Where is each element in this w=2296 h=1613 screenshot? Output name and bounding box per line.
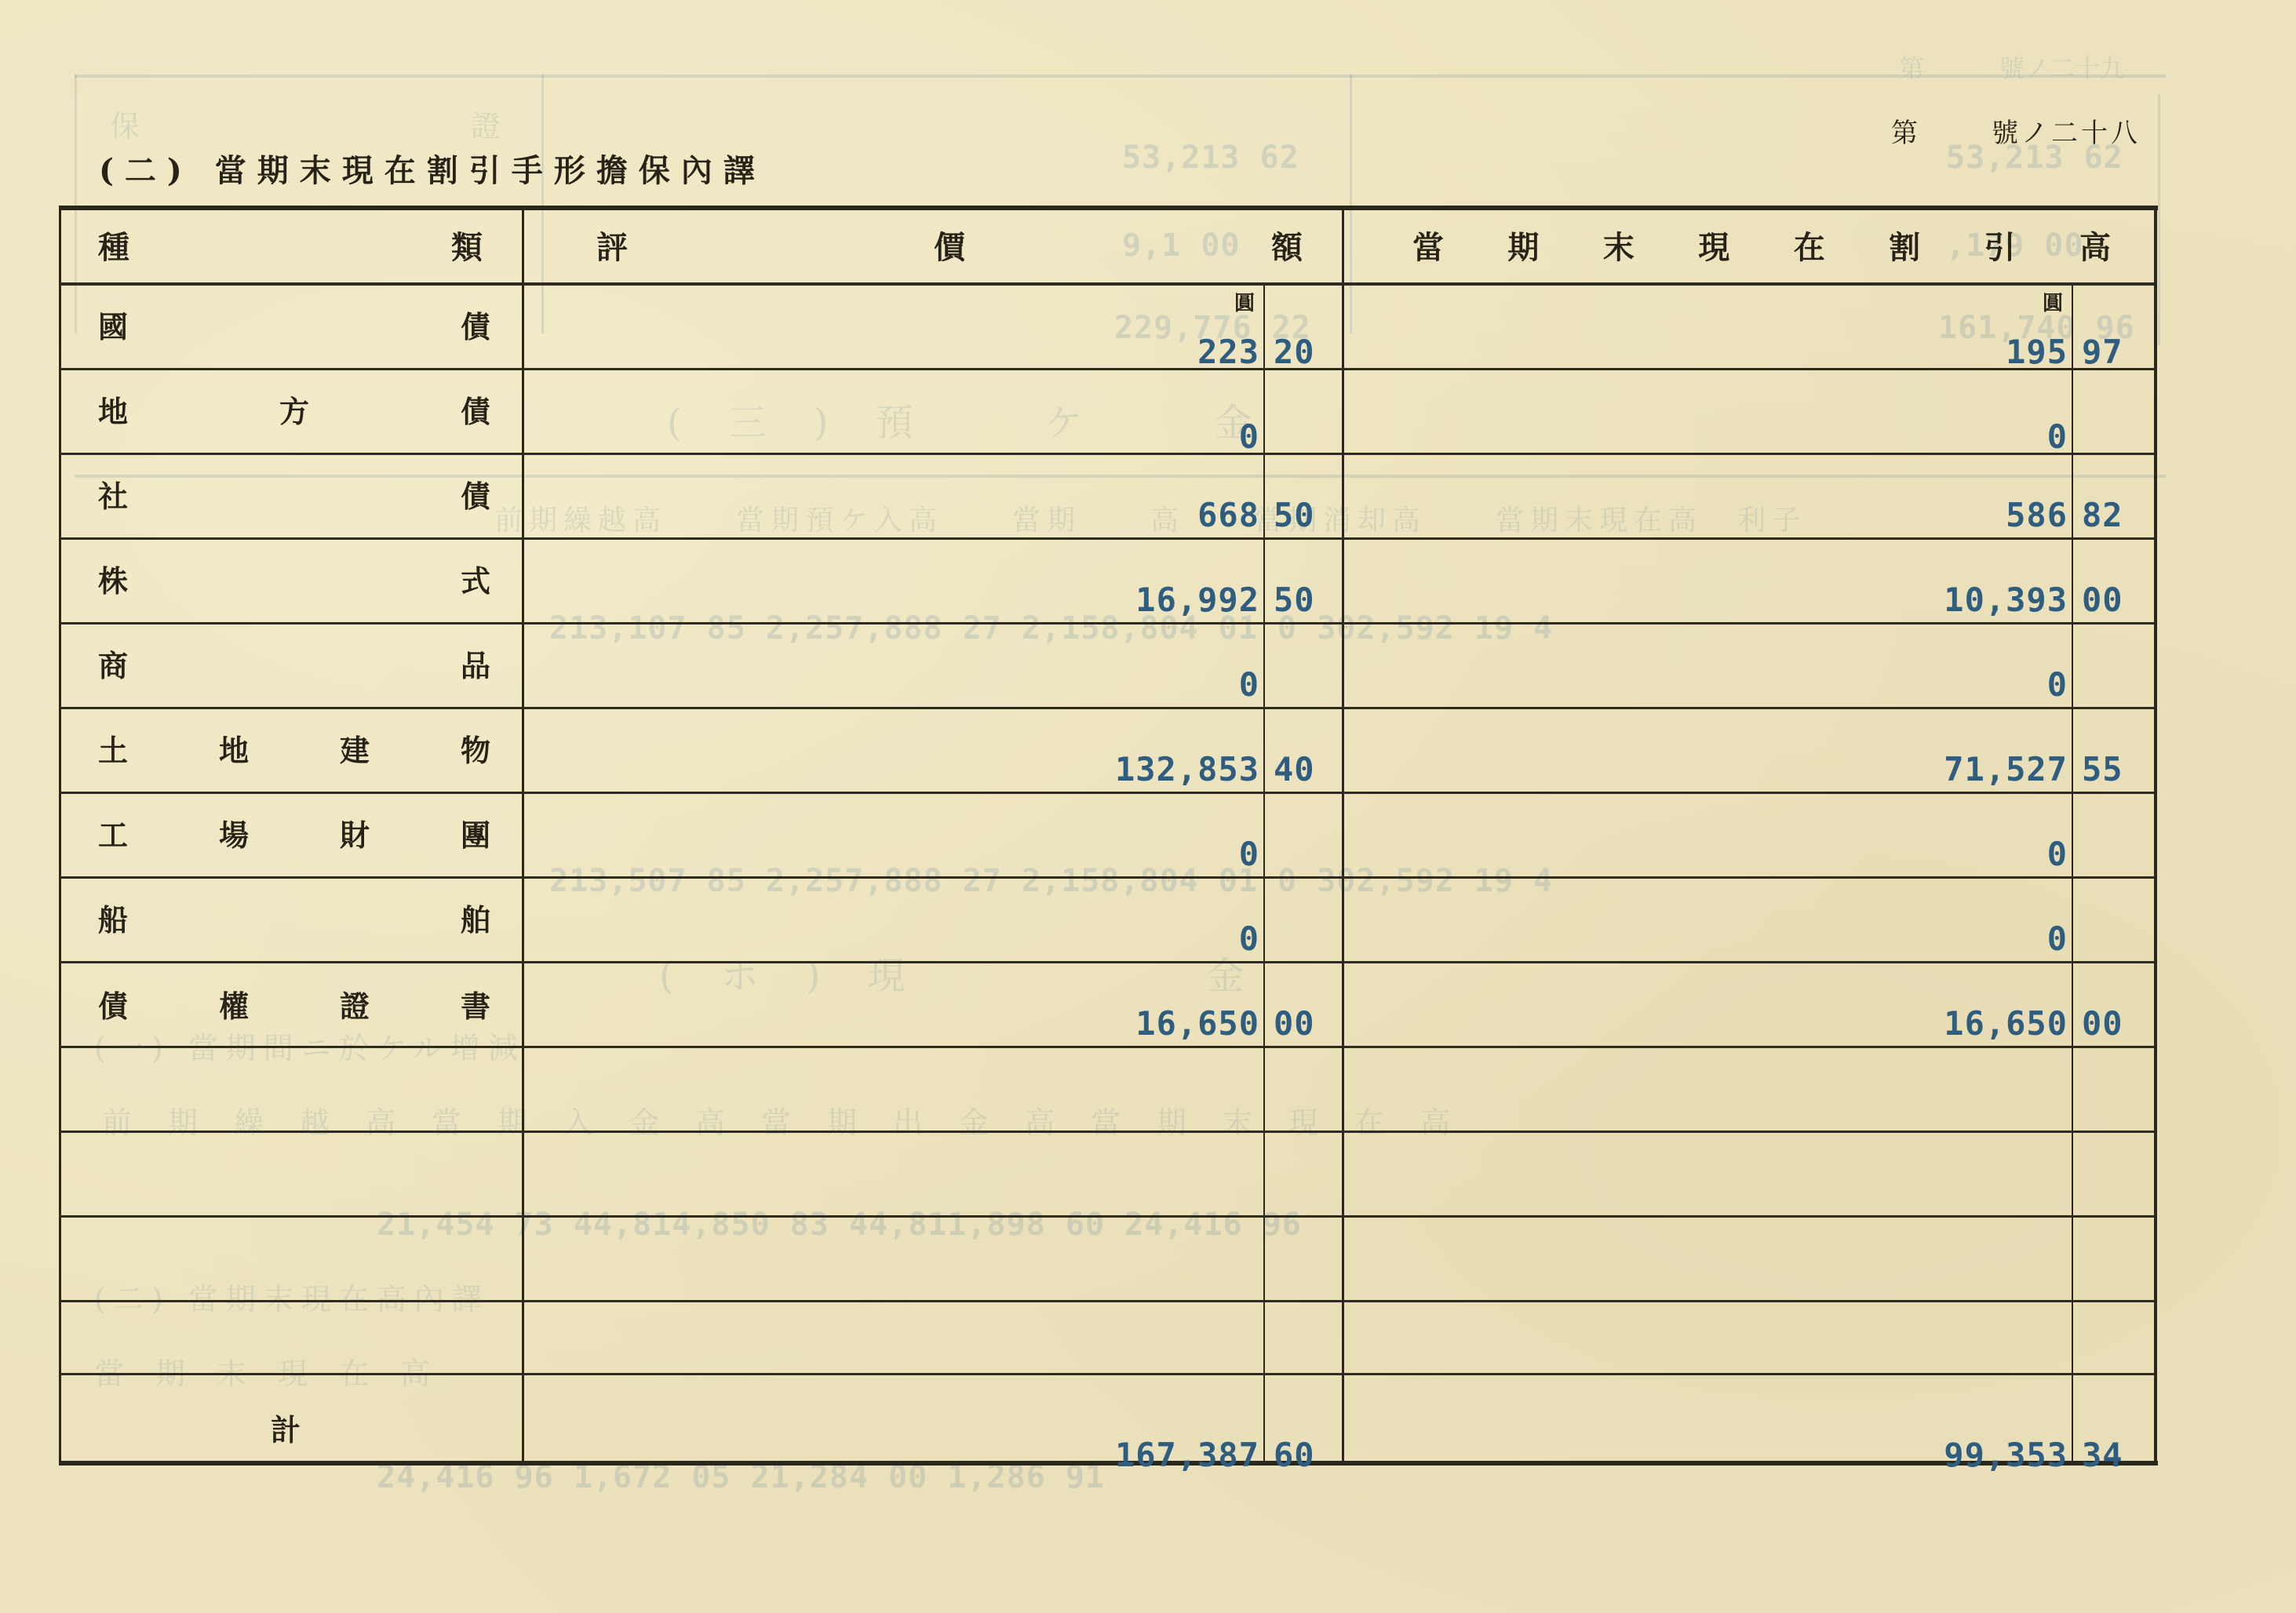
- label-char: 權: [219, 982, 249, 1025]
- valuation-yen: 16,650: [1135, 1004, 1259, 1043]
- blank-row-rule: [59, 1373, 2154, 1375]
- valuation-yen: 0: [1239, 835, 1259, 873]
- col-divider-discount-sen: [2072, 284, 2073, 1461]
- valuation-sen: 50: [1274, 496, 1315, 534]
- top-rule: [59, 206, 2158, 210]
- section-title: (二) 當期末現在割引手形擔保內譯: [99, 146, 766, 191]
- collateral-breakdown-table: 種 類 評 價 額 當 期 末 現 在 割 引 高 圓 圓 國債 223 20 …: [59, 206, 2158, 1467]
- blank-row-rule: [59, 1215, 2154, 1218]
- col-divider-valuation-sen: [1263, 284, 1265, 1461]
- label-char: 債: [461, 472, 490, 515]
- col-divider-main: [1342, 206, 1344, 1466]
- row-label-total: 計: [271, 1406, 301, 1449]
- label-char: 地: [98, 388, 128, 431]
- label-char: 品: [461, 642, 490, 685]
- valuation-sen: 40: [1274, 750, 1315, 788]
- header-char: 末: [1603, 223, 1635, 268]
- row-rule: [59, 368, 2154, 370]
- header-char: 在: [1794, 223, 1825, 268]
- label-char: 株: [98, 557, 128, 600]
- row-rule: [59, 622, 2154, 624]
- header-char: 評: [596, 223, 628, 268]
- header-char: 期: [1507, 223, 1539, 268]
- valuation-sen: 50: [1274, 581, 1315, 619]
- row-label-debt-certificates: 債權證書: [98, 982, 490, 1025]
- label-char: 證: [340, 982, 370, 1025]
- row-label-national-bonds: 國債: [98, 303, 490, 346]
- discount-sen: 82: [2082, 496, 2123, 534]
- valuation-yen: 132,853: [1115, 750, 1259, 788]
- label-char: 債: [461, 388, 490, 431]
- discount-sen: 55: [2082, 750, 2123, 788]
- header-char: 割: [1889, 223, 1920, 268]
- header-char: 額: [1271, 223, 1303, 268]
- page-number-suffix: 號ノ二十八: [1992, 118, 2141, 149]
- discount-yen: 195: [2006, 333, 2068, 371]
- label-char: 式: [461, 557, 490, 600]
- left-border: [59, 206, 61, 1466]
- header-valuation: 評 價 額: [596, 223, 1303, 268]
- header-char: 價: [934, 223, 965, 268]
- header-rule: [59, 282, 2154, 286]
- label-char: 債: [461, 303, 490, 346]
- discount-sen: 00: [2082, 581, 2123, 619]
- label-char: 物: [461, 726, 490, 770]
- discount-yen: 71,527: [1944, 750, 2068, 788]
- valuation-sen: 00: [1274, 1004, 1315, 1043]
- label-char: 地: [219, 726, 249, 770]
- row-rule: [59, 537, 2154, 540]
- header-char: 高: [2079, 223, 2111, 268]
- label-char: 財: [340, 811, 370, 854]
- row-label-stocks: 株式: [98, 557, 490, 600]
- discount-yen: 10,393: [1944, 581, 2068, 619]
- valuation-yen: 223: [1197, 333, 1259, 371]
- row-label-factory-foundation: 工場財團: [98, 811, 490, 854]
- col-divider-type: [522, 206, 524, 1466]
- blank-row-rule: [59, 1300, 2154, 1302]
- discount-yen: 0: [2047, 665, 2068, 704]
- valuation-yen: 668: [1197, 496, 1259, 534]
- header-char: 類: [451, 223, 483, 268]
- header-char: 現: [1698, 223, 1729, 268]
- page-number-prefix: 第: [1891, 118, 1921, 149]
- label-char: 建: [340, 726, 370, 770]
- row-rule: [59, 792, 2154, 794]
- label-char: 土: [98, 726, 128, 770]
- discount-yen: 586: [2006, 496, 2068, 534]
- total-valuation-sen: 60: [1274, 1436, 1315, 1474]
- label-char: 國: [98, 303, 128, 346]
- valuation-yen: 0: [1239, 665, 1259, 704]
- header-char: 引: [1984, 223, 2016, 268]
- total-discount-yen: 99,353: [1944, 1436, 2068, 1474]
- row-rule: [59, 707, 2154, 709]
- page-number: 第號ノ二十八: [1891, 111, 2141, 150]
- label-char: 商: [98, 642, 128, 685]
- unit-yen-valuation: 圓: [1234, 287, 1255, 316]
- label-char: 書: [461, 982, 490, 1025]
- label-char: 債: [98, 982, 128, 1025]
- bottom-rule: [59, 1461, 2158, 1466]
- label-char: 舶: [461, 896, 490, 939]
- discount-sen: 00: [2082, 1004, 2123, 1043]
- row-rule: [59, 1046, 2154, 1048]
- row-label-merchandise: 商品: [98, 642, 490, 685]
- total-valuation-yen: 167,387: [1115, 1436, 1259, 1474]
- valuation-yen: 16,992: [1135, 581, 1259, 619]
- label-char: 船: [98, 896, 128, 939]
- label-char: 團: [461, 811, 490, 854]
- unit-yen-discount: 圓: [2043, 287, 2063, 316]
- row-rule: [59, 961, 2154, 963]
- discount-yen: 0: [2047, 919, 2068, 958]
- blank-row-rule: [59, 1131, 2154, 1133]
- label-char: 場: [219, 811, 249, 854]
- row-rule: [59, 876, 2154, 879]
- label-char: 社: [98, 472, 128, 515]
- row-label-ships: 船舶: [98, 896, 490, 939]
- header-current-discount: 當 期 末 現 在 割 引 高: [1412, 223, 2111, 268]
- discount-yen: 0: [2047, 835, 2068, 873]
- valuation-yen: 0: [1239, 417, 1259, 456]
- right-border: [2154, 206, 2157, 1466]
- row-label-corporate-bonds: 社債: [98, 472, 490, 515]
- discount-yen: 16,650: [1944, 1004, 2068, 1043]
- row-label-municipal-bonds: 地方債: [98, 388, 490, 431]
- valuation-yen: 0: [1239, 919, 1259, 958]
- label-char: 工: [98, 811, 128, 854]
- header-char: 當: [1412, 223, 1444, 268]
- row-rule: [59, 453, 2154, 455]
- discount-yen: 0: [2047, 417, 2068, 456]
- discount-sen: 97: [2082, 333, 2123, 371]
- valuation-sen: 20: [1274, 333, 1315, 371]
- row-label-land-buildings: 土地建物: [98, 726, 490, 770]
- label-char: 方: [279, 388, 309, 431]
- header-char: 種: [98, 223, 129, 268]
- total-discount-sen: 34: [2082, 1436, 2123, 1474]
- header-type: 種 類: [98, 223, 483, 268]
